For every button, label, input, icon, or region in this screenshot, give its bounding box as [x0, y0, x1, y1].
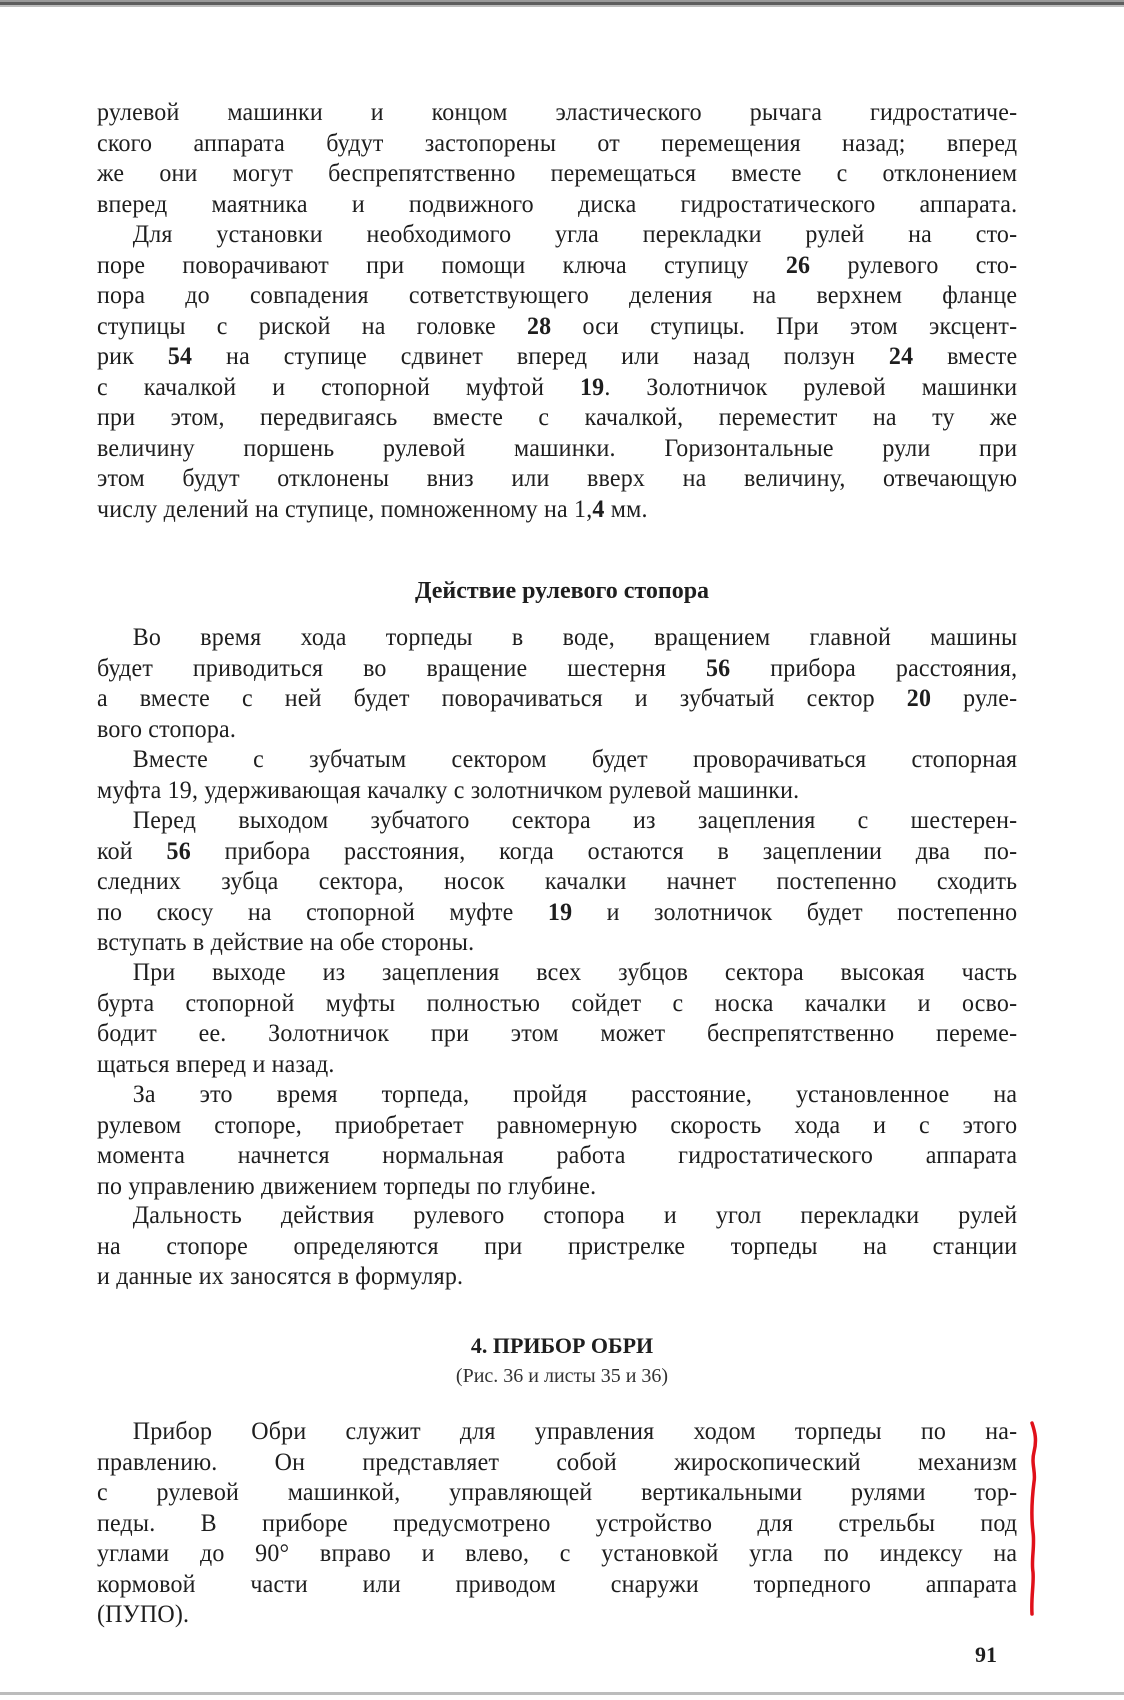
text-line: При выходе из зацепления всех зубцов сек… — [97, 957, 1017, 988]
text-line: Дальность действия рулевого стопора и уг… — [97, 1200, 1017, 1231]
figure-reference: (Рис. 36 и листы 35 и 36) — [97, 1365, 1027, 1388]
text-line: ступицы с риской на головке 28 оси ступи… — [97, 311, 1017, 342]
text-line: углами до 90° вправо и влево, с установк… — [97, 1538, 1017, 1569]
paragraph-steering-stop-5: За это время торпеда, пройдя расстояние,… — [97, 1079, 1076, 1201]
text-line: муфта 19, удерживающая качалку с золотни… — [97, 775, 1017, 806]
text-line: рик 54 на ступице сдвинет вперед или наз… — [97, 341, 1017, 372]
text-line: педы. В приборе предусмотрено устройство… — [97, 1508, 1017, 1539]
paragraph-steering-stop-3: Перед выходом зубчатого сектора из зацеп… — [97, 805, 1076, 958]
text-line: Перед выходом зубчатого сектора из зацеп… — [97, 805, 1017, 836]
paragraph-continuation-2: Для установки необходимого угла переклад… — [97, 219, 1076, 524]
section-heading-steering-stop: Действие рулевого стопора — [97, 578, 1027, 605]
top-border-rule — [0, 0, 1124, 7]
paragraph-continuation-1: рулевой машинки и концом эластического р… — [97, 97, 1076, 219]
text-line: правлению. Он представляет собой жироско… — [97, 1447, 1017, 1478]
text-line: пора до совпадения сответствующего делен… — [97, 280, 1017, 311]
text-line: вперед маятника и подвижного диска гидро… — [97, 189, 1017, 220]
text-line: следних зубца сектора, носок качалки нач… — [97, 866, 1017, 897]
paragraph-steering-stop-6: Дальность действия рулевого стопора и уг… — [97, 1200, 1076, 1292]
text-line: а вместе с ней будет поворачиваться и зу… — [97, 683, 1017, 714]
text-line: будет приводиться во вращение шестерня 5… — [97, 653, 1017, 684]
text-line: кормовой части или приводом снаружи торп… — [97, 1569, 1017, 1600]
text-line: по управлению движением торпеды по глуби… — [97, 1171, 1017, 1202]
text-line: этом будут отклонены вниз или вверх на в… — [97, 463, 1017, 494]
text-line: вступать в действие на обе стороны. — [97, 927, 1017, 958]
text-line: (ПУПО). — [97, 1599, 1017, 1630]
text-line: с качалкой и стопорной муфтой 19. Золотн… — [97, 372, 1017, 403]
section-heading-obri: 4. ПРИБОР ОБРИ (Рис. 36 и листы 35 и 36) — [97, 1333, 1027, 1388]
text-line: Для установки необходимого угла переклад… — [97, 219, 1017, 250]
text-line: ского аппарата будут застопорены от пере… — [97, 128, 1017, 159]
text-line: рулевом стопоре, приобретает равномерную… — [97, 1110, 1017, 1141]
text-line: За это время торпеда, пройдя расстояние,… — [97, 1079, 1017, 1110]
text-line: щаться вперед и назад. — [97, 1049, 1017, 1080]
text-line: рулевой машинки и концом эластического р… — [97, 97, 1017, 128]
paragraph-steering-stop-4: При выходе из зацепления всех зубцов сек… — [97, 957, 1076, 1079]
text-line: на стопоре определяются при пристрелке т… — [97, 1231, 1017, 1262]
bottom-border-rule — [0, 1692, 1124, 1695]
text-line: Во время хода торпеды в воде, вращением … — [97, 622, 1017, 653]
text-line: вого стопора. — [97, 714, 1017, 745]
text-line: по скосу на стопорной муфте 19 и золотни… — [97, 897, 1017, 928]
text-line: Вместе с зубчатым сектором будет провора… — [97, 744, 1017, 775]
text-line: с рулевой машинкой, управляющей вертикал… — [97, 1477, 1017, 1508]
heading-text: Действие рулевого стопора — [97, 578, 1027, 605]
text-line: момента начнется нормальная работа гидро… — [97, 1140, 1017, 1171]
paragraph-obri-1: Прибор Обри служит для управления ходом … — [97, 1416, 1076, 1630]
text-line: Прибор Обри служит для управления ходом … — [97, 1416, 1017, 1447]
paragraph-steering-stop-1: Во время хода торпеды в воде, вращением … — [97, 622, 1076, 744]
red-bracket-annotation — [1025, 1420, 1049, 1620]
text-line: при этом, передвигаясь вместе с качалкой… — [97, 402, 1017, 433]
text-line: же они могут беспрепятственно перемещать… — [97, 158, 1017, 189]
paragraph-steering-stop-2: Вместе с зубчатым сектором будет провора… — [97, 744, 1076, 805]
text-line: кой 56 прибора расстояния, когда остаютс… — [97, 836, 1017, 867]
text-line: и данные их заносятся в формуляр. — [97, 1261, 1017, 1292]
heading-text: 4. ПРИБОР ОБРИ — [97, 1333, 1027, 1359]
page-number: 91 — [975, 1642, 997, 1668]
text-line: бодит ее. Золотничок при этом может бесп… — [97, 1018, 1017, 1049]
text-line: поре поворачивают при помощи ключа ступи… — [97, 250, 1017, 281]
text-line: величину поршень рулевой машинки. Горизо… — [97, 433, 1017, 464]
text-line: числу делений на ступице, помноженному н… — [97, 494, 1017, 525]
text-line: бурта стопорной муфты полностью сойдет с… — [97, 988, 1017, 1019]
